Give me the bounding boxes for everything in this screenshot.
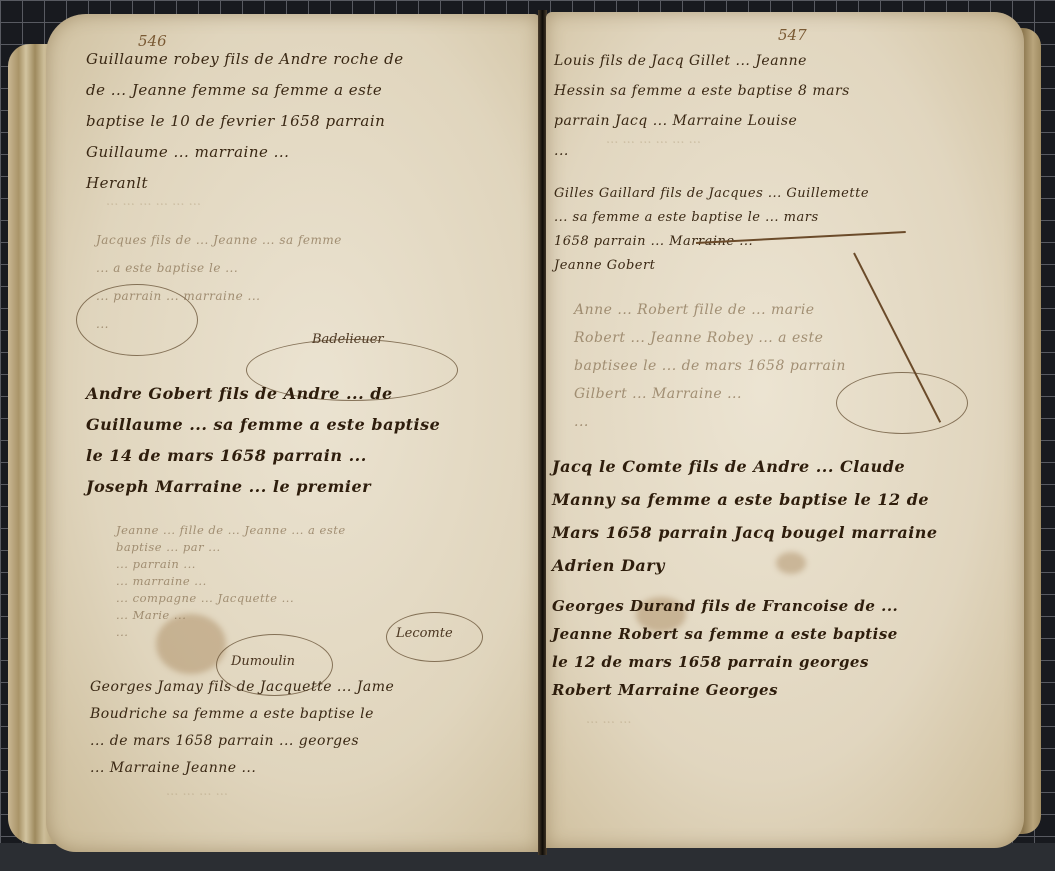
entry-line: Hessin sa femme a este baptise 8 mars <box>554 76 850 106</box>
entry-line: parrain Jacq ... Marraine Louise <box>554 106 850 136</box>
entry-line: Heranlt <box>86 168 404 199</box>
entry-line: Joseph Marraine ... le premier <box>86 471 440 502</box>
left-page: ... ... ... ... ... ... ... ... ... ... … <box>46 14 540 852</box>
bleed-through-text: ... ... ... ... <box>166 784 228 799</box>
signature: Dumoulin <box>231 654 295 669</box>
entry-line: de ... Jeanne femme sa femme a este <box>86 75 404 106</box>
baptism-entry: Georges Jamay fils de Jacquette ... Jame… <box>90 674 394 782</box>
signature-flourish <box>76 284 198 356</box>
entry-line: ... <box>554 136 850 166</box>
entry-line: ... a este baptise le ... <box>96 254 342 282</box>
entry-line: Guillaume ... sa femme a este baptise <box>86 409 440 440</box>
entry-line: Adrien Dary <box>552 549 938 582</box>
entry-line: baptisee le ... de mars 1658 parrain <box>574 352 846 380</box>
entry-line: Jeanne Robert sa femme a este baptise <box>552 620 898 648</box>
entry-line: le 12 de mars 1658 parrain georges <box>552 648 898 676</box>
entry-line: Georges Durand fils de Francoise de ... <box>552 592 898 620</box>
baptism-entry: Jeanne ... fille de ... Jeanne ... a est… <box>116 522 346 641</box>
signature: Lecomte <box>396 626 453 641</box>
entry-line: Guillaume robey fils de Andre roche de <box>86 44 404 75</box>
entry-line: ... <box>574 408 846 436</box>
entry-line: Jacq le Comte fils de Andre ... Claude <box>552 450 938 483</box>
register-book: ... ... ... ... ... ... ... ... ... ... … <box>0 0 1055 871</box>
baptism-entry: Anne ... Robert fille de ... marie Rober… <box>574 296 846 436</box>
entry-line: Gilbert ... Marraine ... <box>574 380 846 408</box>
entry-line: ... compagne ... Jacquette ... <box>116 590 346 607</box>
entry-line: ... Marraine Jeanne ... <box>90 755 394 782</box>
entry-line: Jeanne ... fille de ... Jeanne ... a est… <box>116 522 346 539</box>
entry-line: le 14 de mars 1658 parrain ... <box>86 440 440 471</box>
entry-line: Louis fils de Jacq Gillet ... Jeanne <box>554 46 850 76</box>
baptism-entry: Gilles Gaillard fils de Jacques ... Guil… <box>554 182 869 278</box>
page-number: 547 <box>778 26 807 44</box>
entry-line: ... de mars 1658 parrain ... georges <box>90 728 394 755</box>
signature-flourish <box>836 372 968 434</box>
entry-line: Mars 1658 parrain Jacq bougel marraine <box>552 516 938 549</box>
baptism-entry: Louis fils de Jacq Gillet ... Jeanne Hes… <box>554 46 850 166</box>
right-page: ... ... ... ... ... ... ... ... ... 547 … <box>546 12 1024 848</box>
entry-line: ... parrain ... <box>116 556 346 573</box>
entry-line: Anne ... Robert fille de ... marie <box>574 296 846 324</box>
entry-line: Gilles Gaillard fils de Jacques ... Guil… <box>554 182 869 206</box>
entry-line: ... <box>116 624 346 641</box>
entry-line: baptise le 10 de fevrier 1658 parrain <box>86 106 404 137</box>
entry-line: Manny sa femme a este baptise le 12 de <box>552 483 938 516</box>
baptism-entry: Guillaume robey fils de Andre roche de d… <box>86 44 404 199</box>
entry-line: Georges Jamay fils de Jacquette ... Jame <box>90 674 394 701</box>
entry-line: Jeanne Gobert <box>554 254 869 278</box>
baptism-entry: Georges Durand fils de Francoise de ... … <box>552 592 898 704</box>
entry-line: Robert Marraine Georges <box>552 676 898 704</box>
entry-line: ... marraine ... <box>116 573 346 590</box>
baptism-entry: Jacq le Comte fils de Andre ... Claude M… <box>552 450 938 582</box>
entry-line: Robert ... Jeanne Robey ... a este <box>574 324 846 352</box>
baptism-entry: Andre Gobert fils de Andre ... de Guilla… <box>86 378 440 502</box>
entry-line: baptise ... par ... <box>116 539 346 556</box>
entry-line: Guillaume ... marraine ... <box>86 137 404 168</box>
bleed-through-text: ... ... ... <box>586 712 631 727</box>
entry-line: ... Marie ... <box>116 607 346 624</box>
entry-line: ... sa femme a este baptise le ... mars <box>554 206 869 230</box>
entry-line: Boudriche sa femme a este baptise le <box>90 701 394 728</box>
entry-line: Andre Gobert fils de Andre ... de <box>86 378 440 409</box>
entry-line: Jacques fils de ... Jeanne ... sa femme <box>96 226 342 254</box>
